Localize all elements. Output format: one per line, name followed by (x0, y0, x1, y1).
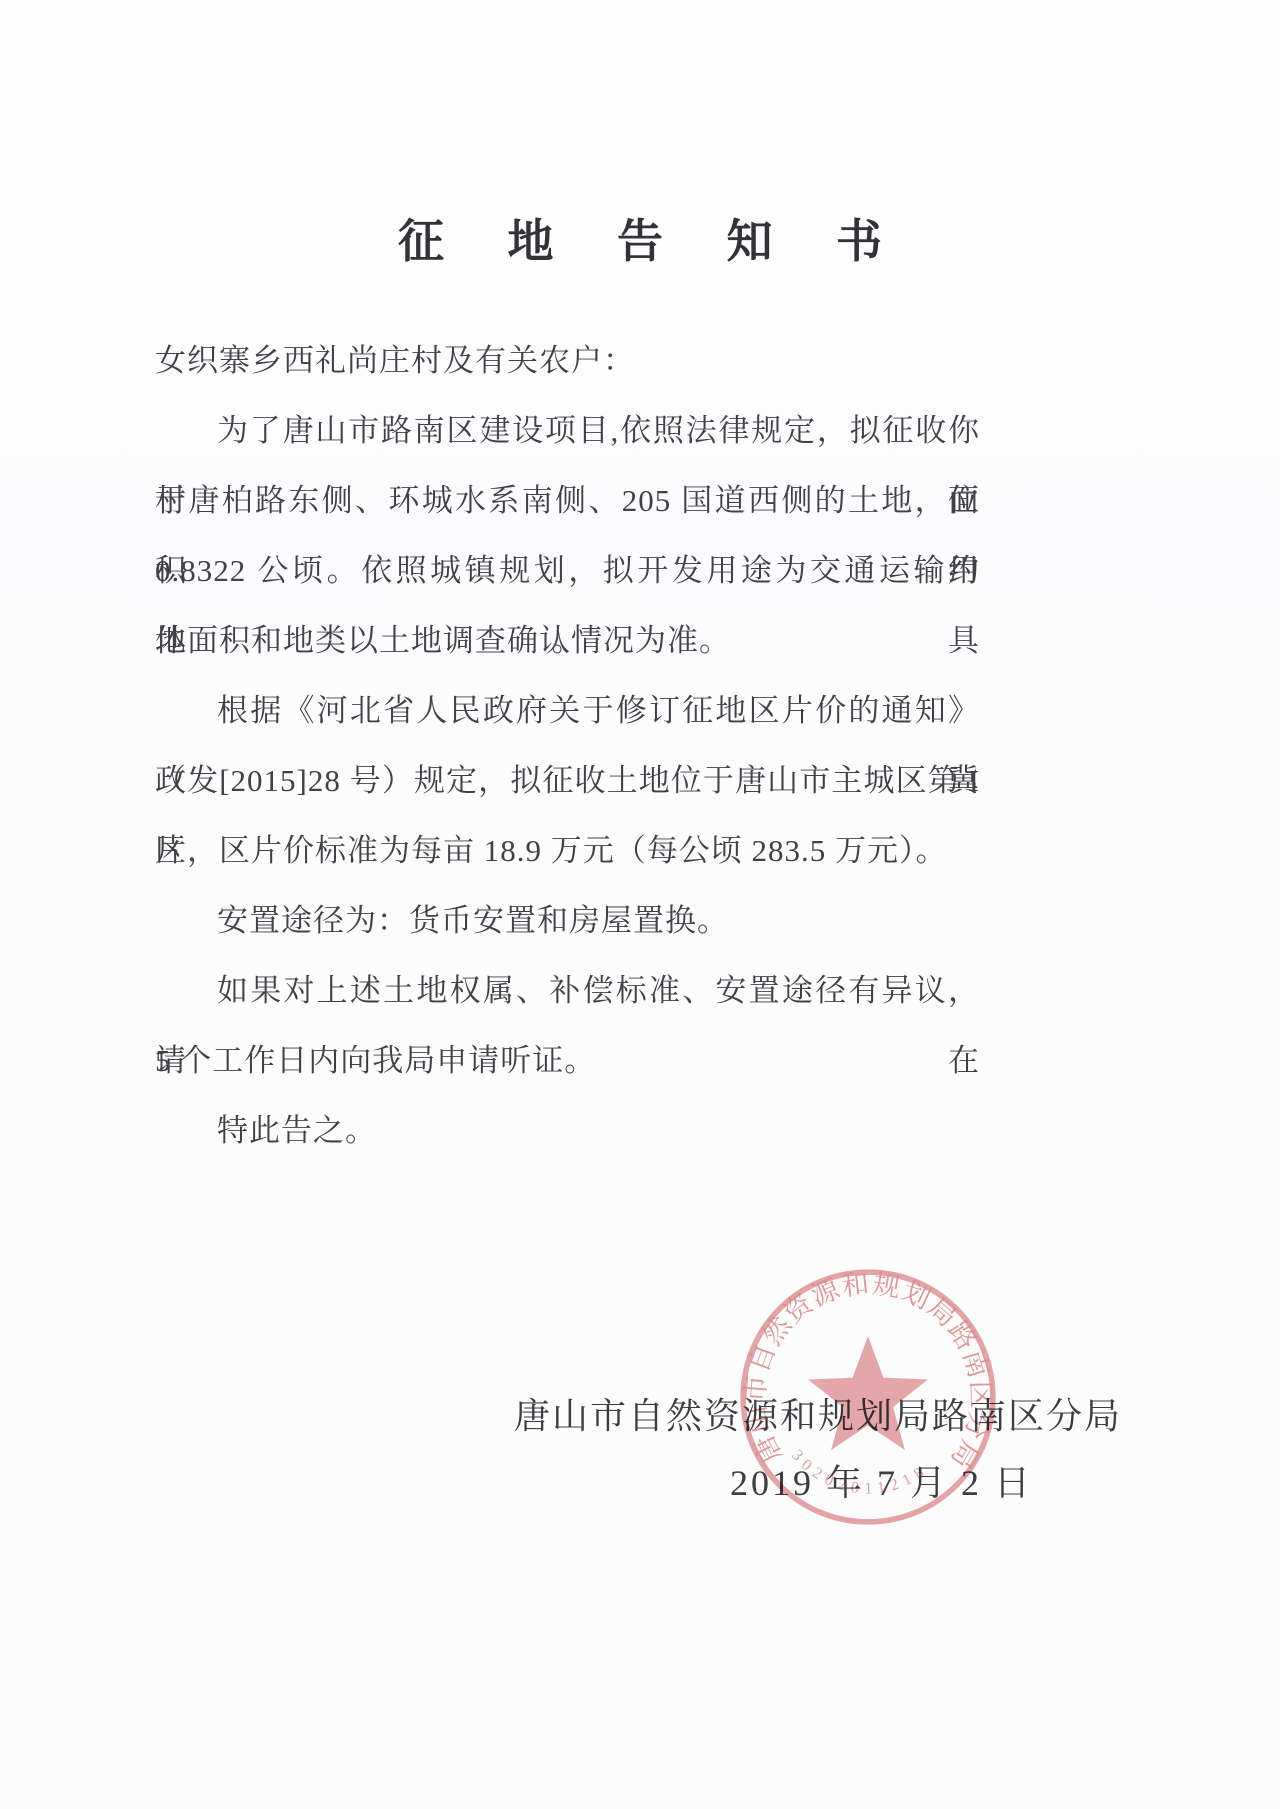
salutation-line: 女织寨乡西礼尚庄村及有关农户： (155, 326, 980, 396)
body-line: 为了唐山市路南区建设项目,依照法律规定，拟征收你村位 (155, 396, 980, 466)
body-line: 片，区片价标准为每亩 18.9 万元（每公顷 283.5 万元）。 (155, 816, 980, 886)
scanned-document-page: 征 地 告 知 书 女织寨乡西礼尚庄村及有关农户： 为了唐山市路南区建设项目,依… (0, 0, 1280, 1809)
body-line: 安置途径为：货币安置和房屋置换。 (155, 886, 980, 956)
document-body: 女织寨乡西礼尚庄村及有关农户： 为了唐山市路南区建设项目,依照法律规定，拟征收你… (155, 326, 980, 1166)
official-seal: 唐山市自然资源和规划局路南区分局 30202011218 (736, 1265, 1000, 1529)
closing-line: 特此告之。 (155, 1096, 980, 1166)
body-line: 0.8322 公顷。依照城镇规划，拟开发用途为交通运输用地。具 (155, 536, 980, 606)
svg-text:30202011218: 30202011218 (788, 1446, 932, 1497)
body-line: 根据《河北省人民政府关于修订征地区片价的通知》（冀 (155, 676, 980, 746)
body-line: 如果对上述土地权属、补偿标准、安置途径有异议，请在 (155, 956, 980, 1026)
seal-number: 30202011218 (788, 1446, 932, 1497)
body-line: 于唐柏路东侧、环城水系南侧、205 国道西侧的土地，面积约 (155, 466, 980, 536)
star-icon (808, 1336, 928, 1450)
document-title: 征 地 告 知 书 (0, 205, 1280, 271)
body-line: 政发[2015]28 号）规定，拟征收土地位于唐山市主城区第 I 区 (155, 746, 980, 816)
